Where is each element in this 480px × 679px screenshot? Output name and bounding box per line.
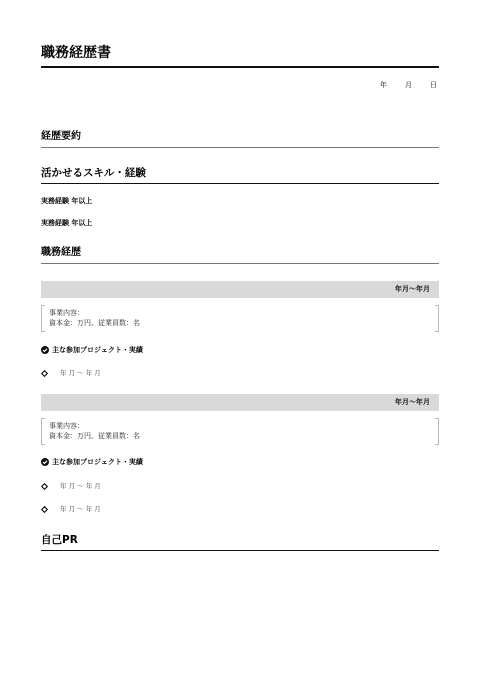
date-year-label: 年: [380, 80, 387, 90]
section-heading-self-pr: 自己PR: [41, 533, 439, 551]
project-period: 年 月 ～ 年 月: [60, 481, 101, 491]
project-item: 年 月 ～ 年 月: [41, 504, 101, 514]
section-heading-summary: 経歴要約: [41, 130, 439, 148]
bracket-left: [41, 305, 45, 332]
diamond-icon: [41, 506, 48, 513]
projects-heading: 主な参加プロジェクト・実績: [41, 345, 143, 355]
skill-item: 実務経験 年以上: [41, 218, 92, 228]
project-item: 年 月 ～ 年 月: [41, 368, 101, 378]
date-month-label: 月: [405, 80, 412, 90]
company-capital-line: 資本金：万円、従業員数：名: [49, 318, 439, 328]
company-business-line: 事業内容：: [49, 421, 439, 431]
skill-item: 実務経験 年以上: [41, 196, 92, 206]
employment-period-bar: 年月～年月: [41, 394, 439, 411]
check-circle-icon: [41, 346, 49, 354]
projects-heading-label: 主な参加プロジェクト・実績: [52, 457, 143, 467]
bracket-right: [435, 305, 439, 332]
diamond-icon: [41, 483, 48, 490]
company-capital-line: 資本金：万円、従業員数：名: [49, 431, 439, 441]
project-period: 年 月 ～ 年 月: [60, 504, 101, 514]
project-period: 年 月 ～ 年 月: [60, 368, 101, 378]
bracket-left: [41, 418, 45, 445]
projects-heading: 主な参加プロジェクト・実績: [41, 457, 143, 467]
section-heading-work-history: 職務経歴: [41, 246, 439, 264]
check-circle-icon: [41, 458, 49, 466]
document-title: 職務経歴書: [41, 44, 439, 68]
project-item: 年 月 ～ 年 月: [41, 481, 101, 491]
employment-period-bar: 年月～年月: [41, 281, 439, 298]
bracket-right: [435, 418, 439, 445]
company-info-box: 事業内容： 資本金：万円、従業員数：名: [41, 305, 439, 332]
company-business-line: 事業内容：: [49, 308, 439, 318]
company-info-box: 事業内容： 資本金：万円、従業員数：名: [41, 418, 439, 445]
date-day-label: 日: [430, 80, 437, 90]
section-heading-skills: 活かせるスキル・経験: [41, 166, 439, 184]
document-date: 年 月 日: [380, 80, 437, 90]
projects-heading-label: 主な参加プロジェクト・実績: [52, 345, 143, 355]
diamond-icon: [41, 370, 48, 377]
